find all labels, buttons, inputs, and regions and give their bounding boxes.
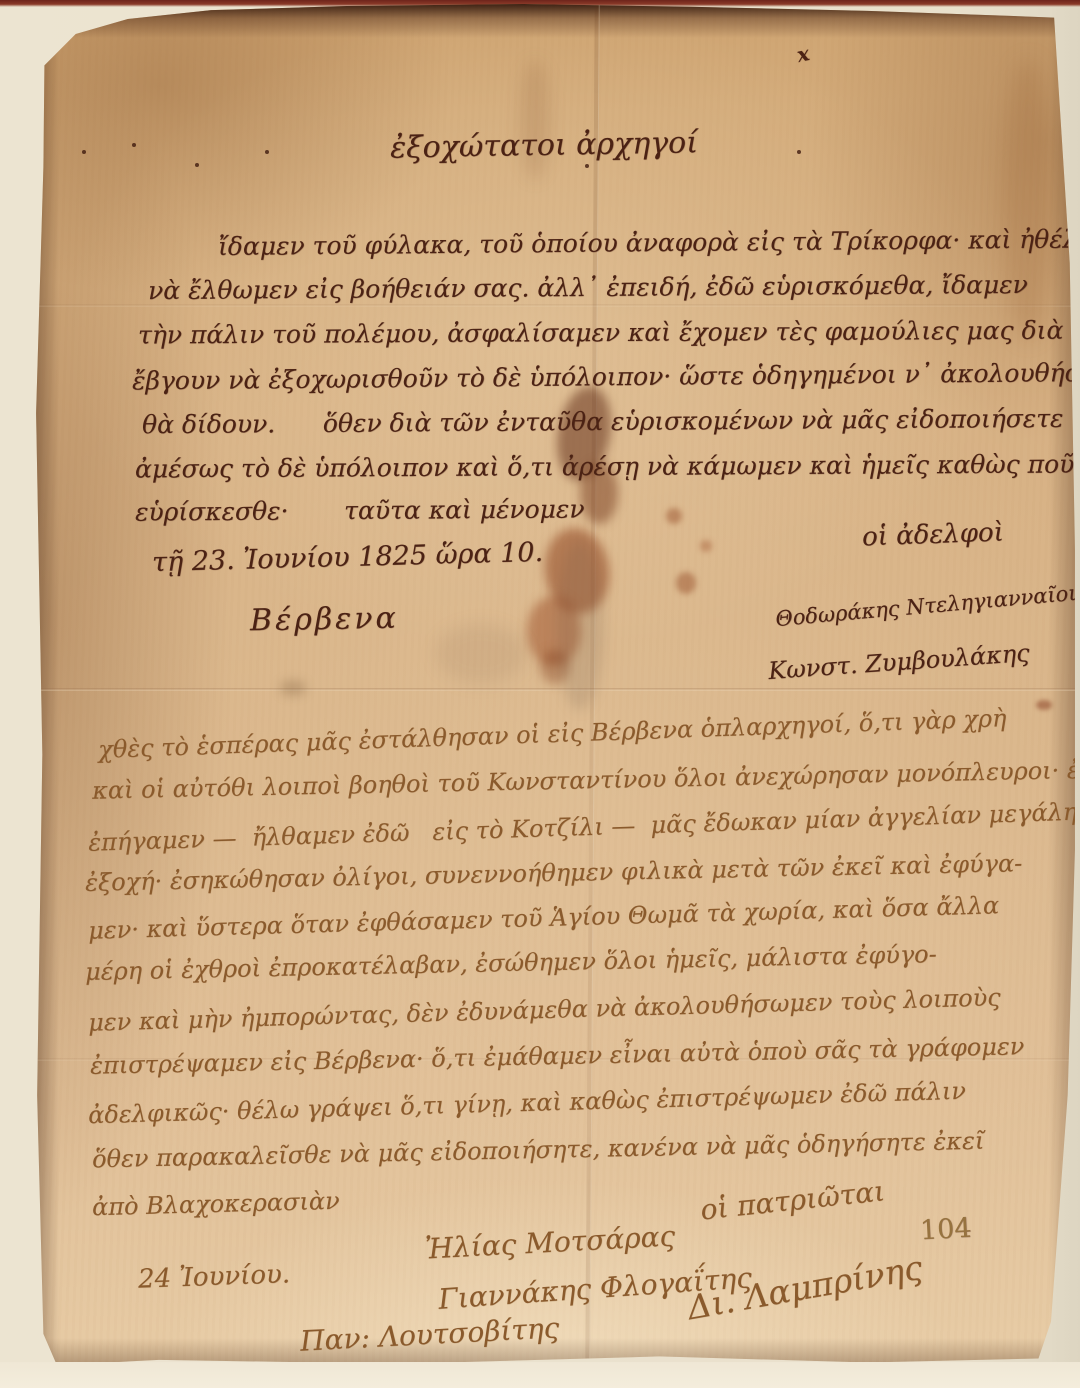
ink-dot bbox=[585, 164, 589, 168]
letter-paper: x ἐξοχώτατοι ἀρχηγοί ἴδαμεν τοῦ φύλακα, … bbox=[34, 4, 1076, 1368]
letter-heading: ἐξοχώτατοι ἀρχηγοί bbox=[390, 125, 699, 165]
postscript-date: 24 Ἰουνίου. bbox=[138, 1259, 291, 1294]
ink-stain bbox=[1036, 700, 1052, 710]
ink-dot bbox=[797, 150, 801, 154]
archive-number: 104 bbox=[919, 1213, 972, 1247]
letter-line-6: ἀμέσως τὸ δὲ ὑπόλοιπον καὶ ὅ,τι ἀρέσῃ νὰ… bbox=[135, 450, 1074, 484]
letter-line-3: τὴν πάλιν τοῦ πολέμου, ἀσφαλίσαμεν καὶ ἔ… bbox=[138, 315, 1080, 349]
bleed-ghost bbox=[556, 540, 604, 710]
ink-dot bbox=[195, 163, 199, 167]
smudge bbox=[280, 680, 306, 696]
ink-dot bbox=[132, 143, 136, 147]
ink-stain bbox=[666, 508, 682, 524]
ink-stain bbox=[700, 540, 712, 552]
letter-line-2: νὰ ἔλθωμεν εἰς βοήθειάν σας. ἀλλ᾽ ἐπειδή… bbox=[148, 270, 1028, 305]
ink-dot bbox=[82, 150, 86, 154]
ink-dot bbox=[265, 150, 269, 154]
crease-line bbox=[34, 688, 1076, 691]
closing-brothers: οἱ ἀδελφοὶ bbox=[862, 518, 1005, 553]
background-mat-bottom bbox=[0, 1362, 1080, 1388]
letter-line-7: εὑρίσκεσθε· ταῦτα καὶ μένομεν bbox=[135, 494, 585, 526]
ink-stain bbox=[676, 572, 696, 594]
place-name: Βέρβενα bbox=[250, 601, 399, 639]
bleed-ghost bbox=[436, 624, 526, 684]
